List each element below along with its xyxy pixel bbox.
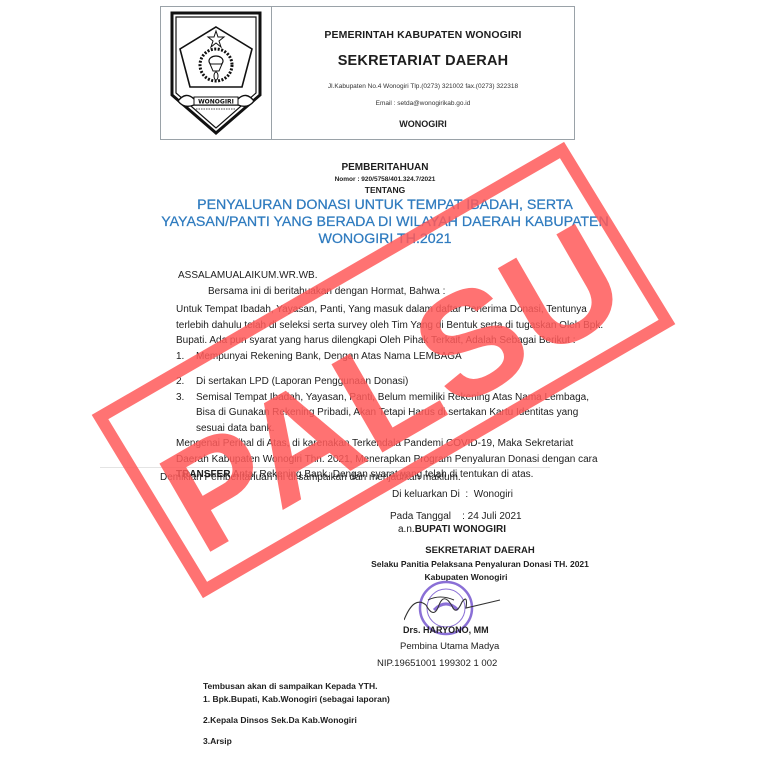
opening-line: Bersama ini di beritahuakan dengan Horma… [208,284,606,300]
notice-title-block: PEMBERITAHUAN Nomor : 920/5758/401.324.7… [160,162,610,248]
signatory-office: SEKRETARIAT DAERAH [380,545,580,556]
office-city: WONOGIRI [272,119,574,129]
notice-subject-line: PENYALURAN DONASI UNTUK TEMPAT IBADAH, S… [160,197,610,214]
letter-body: ASSALAMUALAIKUM.WR.WB. Bersama ini di be… [176,268,606,483]
requirement-item: 2. Di sertakan LPD (Laporan Penggunaan D… [176,374,606,390]
cc-item: 2.Kepala Dinsos Sek.Da Kab.Wonogiri [203,714,390,727]
government-name: PEMERINTAH KABUPATEN WONOGIRI [272,29,574,41]
notice-number: Nomor : 920/5758/401.324.7/2021 [160,176,610,183]
notice-subject: PENYALURAN DONASI UNTUK TEMPAT IBADAH, S… [160,197,610,248]
office-email: Email : setda@wonogirikab.go.id [272,100,574,107]
signatory-rank: Pembina Utama Madya [400,641,499,652]
requirement-item: 3. Semisal Tempat Ibadah, Yayasan, Panti… [176,390,606,437]
requirement-text: Mempunyai Rekening Bank, Dengan Atas Nam… [196,349,462,365]
signatory-office-block: SEKRETARIAT DAERAH Selaku Panitia Pelaks… [380,545,580,582]
letterhead-text: PEMERINTAH KABUPATEN WONOGIRI SEKRETARIA… [272,7,574,139]
letterhead-logo-cell: WONOGIRI [161,7,272,139]
notice-about-label: TENTANG [160,185,610,195]
letter-page: WONOGIRI PEMERINTAH KABUPATEN WONOGIRI S… [0,0,768,774]
requirement-number: 3. [176,390,196,437]
requirement-text: Semisal Tempat Ibadah, Yayasan, Panti, B… [196,390,606,437]
section-divider [100,467,550,468]
office-name: SEKRETARIAT DAERAH [272,53,574,69]
signatory-name: Drs. HARYONO, MM [403,625,489,635]
cc-item: 3.Arsip [203,735,390,748]
on-behalf-of: a.n.BUPATI WONOGIRI [398,524,506,535]
issued-place: Di keluarkan Di : Wonogiri [392,489,513,500]
signatory-role: Selaku Panitia Pelaksana Penyaluran Dona… [340,559,620,569]
requirement-text: Di sertakan LPD (Laporan Penggunaan Dona… [196,374,408,390]
on-behalf-prefix: a.n. [398,524,415,535]
carbon-copy-list: Tembusan akan di sampaikan Kepada YTH. 1… [203,680,390,748]
cc-heading: Tembusan akan di sampaikan Kepada YTH. [203,680,390,693]
notice-heading: PEMBERITAHUAN [160,162,610,173]
paragraph-eligibility: Untuk Tempat Ibadah, Yayasan, Panti, Yan… [176,302,606,349]
requirement-item: 1. Mempunyai Rekening Bank, Dengan Atas … [176,349,606,365]
issued-date: Pada Tanggal : 24 Juli 2021 [390,511,522,522]
closing-line: Demikian Pemberitahuan ini di sampaikan … [160,472,461,483]
notice-subject-line: YAYASAN/PANTI YANG BERADA DI WILAYAH DAE… [160,214,610,231]
letterhead: WONOGIRI PEMERINTAH KABUPATEN WONOGIRI S… [160,6,575,140]
regency-coat-of-arms-icon: WONOGIRI [166,9,266,137]
svg-text:WONOGIRI: WONOGIRI [198,99,234,106]
requirement-number: 1. [176,349,196,365]
paragraph-transfer-text: Mengenai Perihal di Atas, di karenakan T… [176,438,598,465]
greeting: ASSALAMUALAIKUM.WR.WB. [178,268,606,284]
requirement-number: 2. [176,374,196,390]
office-address: Jl.Kabupaten No.4 Wonogiri Tlp.(0273) 32… [272,83,574,90]
signatory-nip: NIP.19651001 199302 1 002 [377,658,497,669]
on-behalf-name: BUPATI WONOGIRI [415,524,506,535]
notice-subject-line: WONOGIRI TH.2021 [160,231,610,248]
cc-item: 1. Bpk.Bupati, Kab.Wonogiri (sebagai lap… [203,693,390,706]
